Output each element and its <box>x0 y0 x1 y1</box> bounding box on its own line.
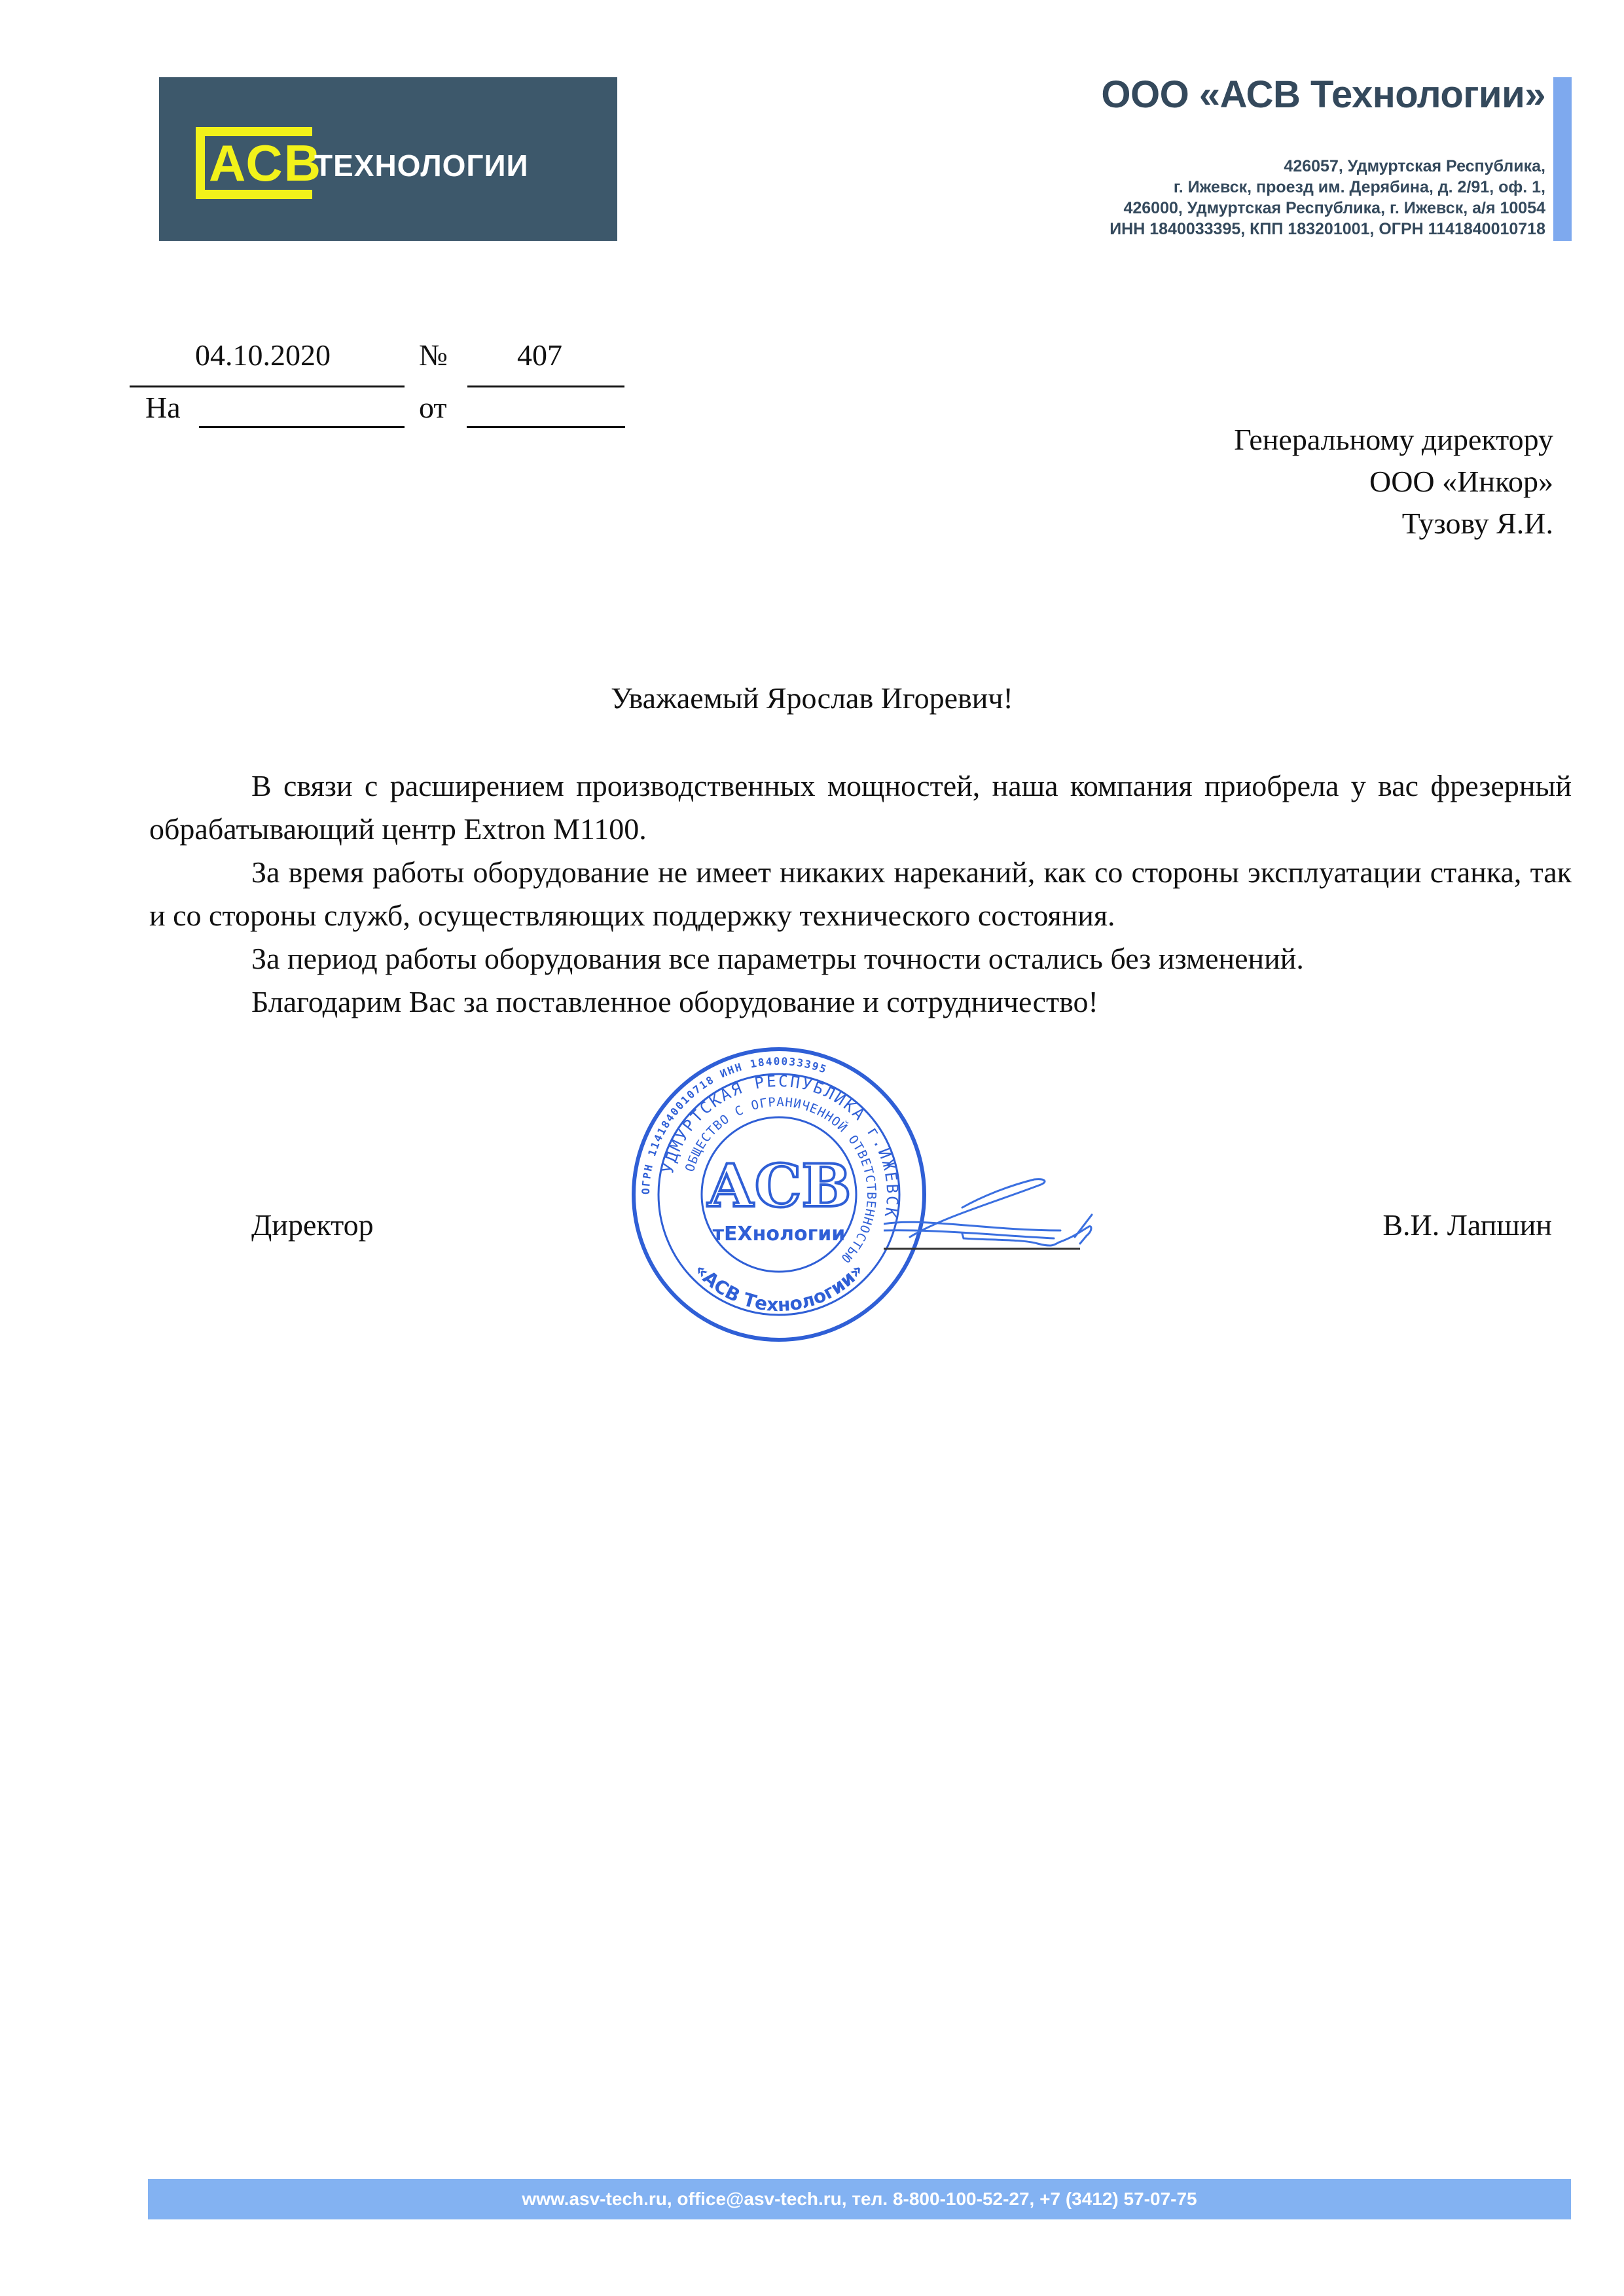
number-label: № <box>419 339 448 372</box>
svg-text:«АСВ Технологии»: «АСВ Технологии» <box>690 1259 867 1316</box>
addressee-position: Генеральному директору <box>1234 419 1553 461</box>
requisites-line: ИНН 1840033395, КПП 183201001, ОГРН 1141… <box>1101 219 1545 240</box>
company-block: ООО «АСВ Технологии» 426057, Удмуртская … <box>1101 72 1545 240</box>
address-line: 426000, Удмуртская Республика, г. Ижевск… <box>1101 198 1545 219</box>
address-line: 426057, Удмуртская Республика, <box>1101 156 1545 177</box>
paragraph: Благодарим Вас за поставленное оборудова… <box>149 980 1572 1024</box>
on-underline <box>199 426 405 428</box>
letter-date: 04.10.2020 <box>195 339 331 372</box>
addressee-company: ООО «Инкор» <box>1234 461 1553 503</box>
paragraph: За время работы оборудование не имеет ни… <box>149 851 1572 937</box>
from-underline <box>467 426 625 428</box>
footer-contacts: www.asv-tech.ru, office@asv-tech.ru, тел… <box>522 2189 1197 2209</box>
addressee-block: Генеральному директору ООО «Инкор» Тузов… <box>1234 419 1553 545</box>
signer-role: Директор <box>251 1208 374 1242</box>
company-name: ООО «АСВ Технологии» <box>1101 72 1545 118</box>
logo-word: ТЕХНОЛОГИИ <box>314 149 529 182</box>
letter-body: В связи с расширением производственных м… <box>149 764 1572 1024</box>
addressee-name: Тузову Я.И. <box>1234 503 1553 545</box>
paragraph: За период работы оборудования все параме… <box>149 937 1572 980</box>
salutation: Уважаемый Ярослав Игоревич! <box>0 681 1624 715</box>
svg-text:тЕХнологии: тЕХнологии <box>713 1223 846 1246</box>
signer-name: В.И. Лапшин <box>1382 1208 1552 1242</box>
logo-mark: АСВ <box>209 141 322 185</box>
on-label: На <box>145 391 181 424</box>
address-line: г. Ижевск, проезд им. Дерябина, д. 2/91,… <box>1101 177 1545 198</box>
paragraph: В связи с расширением производственных м… <box>149 764 1572 851</box>
header-accent-bar <box>1553 77 1572 241</box>
date-underline <box>130 386 405 387</box>
from-label: от <box>419 391 447 424</box>
company-logo: АСВ ТЕХНОЛОГИИ <box>159 77 617 241</box>
number-underline <box>467 386 624 387</box>
handwritten-signature-icon <box>884 1132 1146 1263</box>
svg-text:АСВ: АСВ <box>706 1151 851 1221</box>
footer-contacts-bar: www.asv-tech.ru, office@asv-tech.ru, тел… <box>148 2179 1571 2219</box>
letter-number: 407 <box>517 339 562 372</box>
